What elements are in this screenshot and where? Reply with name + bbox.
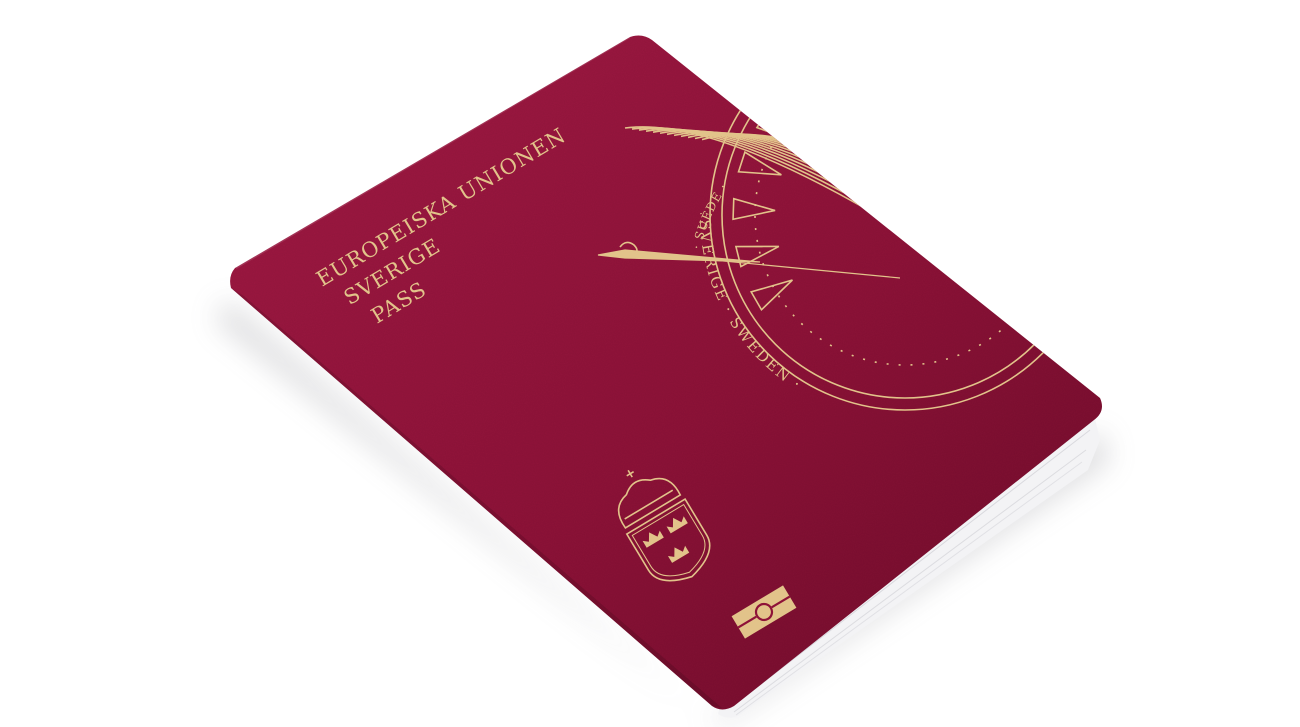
photo-scene: EUROPEISKA UNIONEN SVERIGE PASS [0, 0, 1300, 727]
passport-photo: EUROPEISKA UNIONEN SVERIGE PASS [0, 0, 1300, 727]
passport-cover [230, 36, 1102, 710]
